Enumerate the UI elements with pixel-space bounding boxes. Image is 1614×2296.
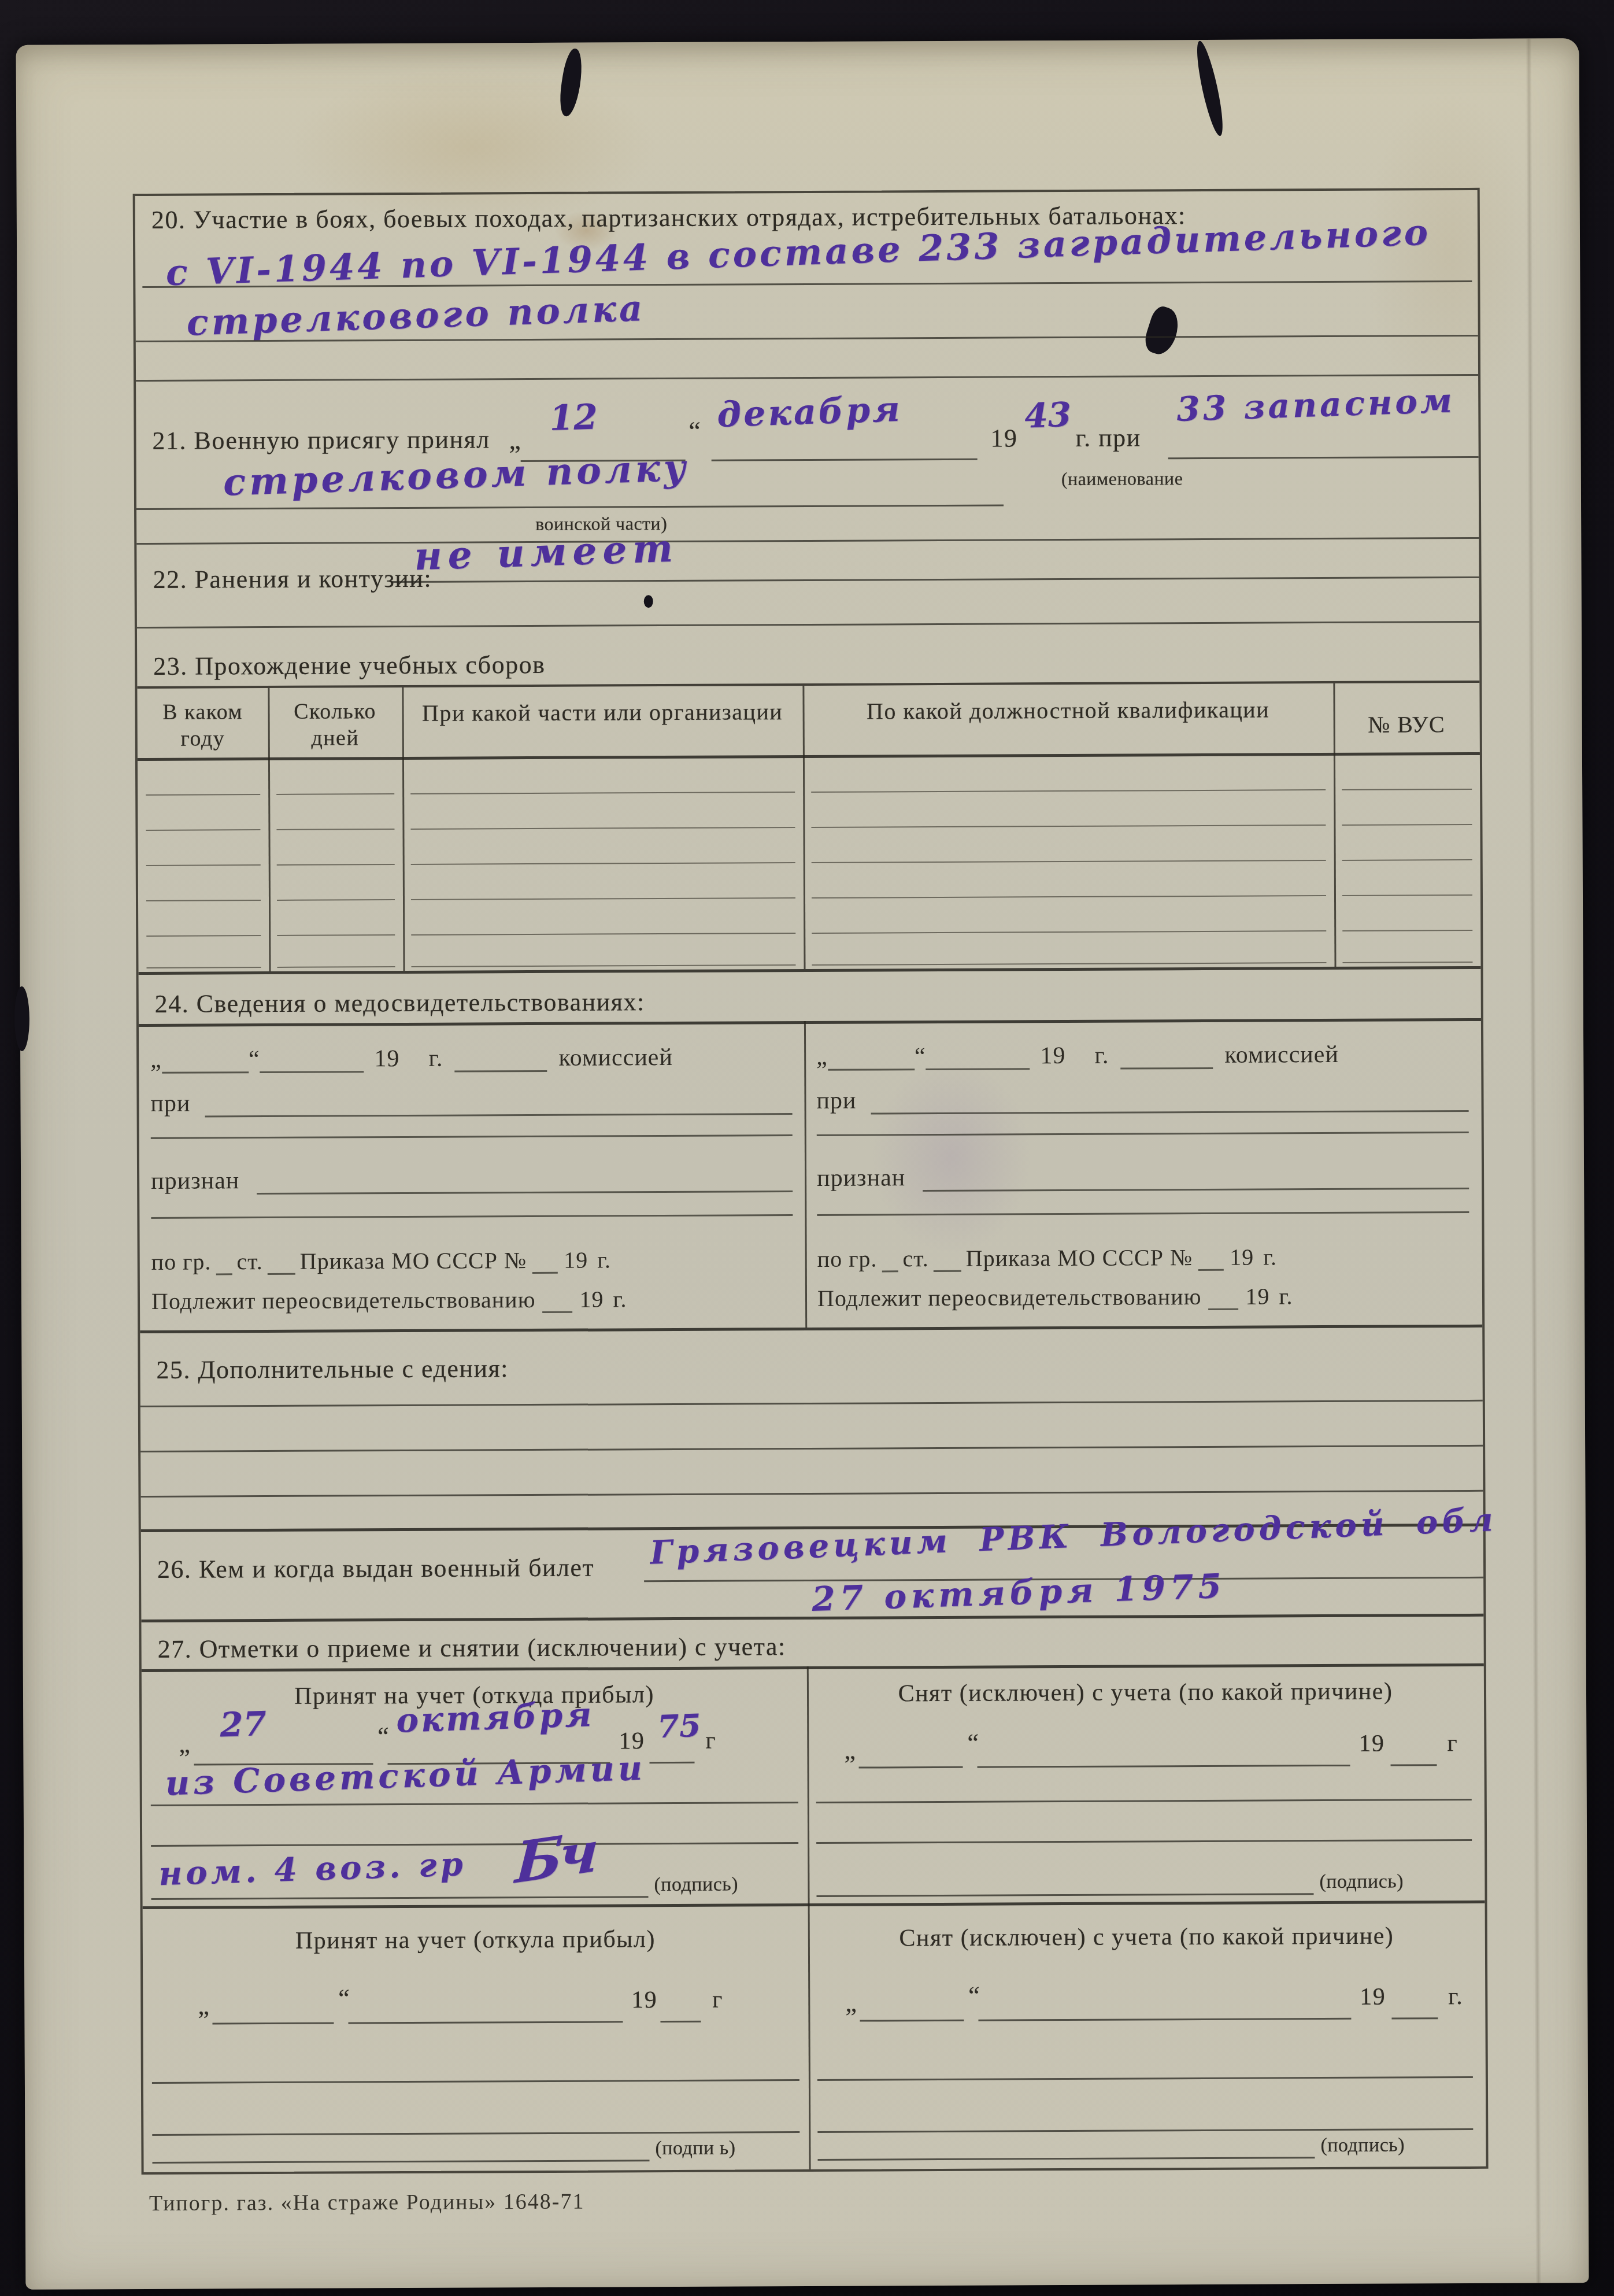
cell-line bbox=[146, 864, 261, 866]
open-quote: „ bbox=[198, 1991, 210, 2020]
cell-line bbox=[277, 899, 395, 901]
blank-line[interactable] bbox=[205, 1108, 793, 1117]
cell-line bbox=[1342, 859, 1472, 861]
year-printed: 19 bbox=[1040, 1042, 1065, 1070]
cell-line bbox=[812, 962, 1326, 966]
ruled-line bbox=[140, 1490, 1483, 1498]
grid-vertical-divider bbox=[807, 1666, 811, 2169]
field-22-handwriting: не имеет bbox=[413, 526, 679, 579]
cell-line bbox=[1342, 962, 1472, 963]
year-suffix: г. bbox=[1263, 1243, 1277, 1270]
by-group-label: по гр. bbox=[151, 1248, 212, 1275]
cell-line bbox=[1342, 894, 1472, 896]
blank-line bbox=[712, 459, 978, 461]
close-quote: “ bbox=[915, 1042, 926, 1070]
blank-line[interactable] bbox=[934, 1266, 961, 1272]
article-label: ст. bbox=[902, 1245, 928, 1272]
accepted-year: 75 bbox=[657, 1707, 701, 1745]
close-quote: “ bbox=[688, 416, 701, 446]
blank-line bbox=[860, 2020, 964, 2022]
blank-line[interactable] bbox=[543, 1307, 573, 1313]
accepted-signature: Бч bbox=[513, 1818, 597, 1896]
field-21-unit: 33 запасном bbox=[1176, 380, 1456, 429]
at-label: при bbox=[816, 1087, 856, 1115]
blank-line[interactable] bbox=[216, 1269, 232, 1275]
scan-background: 20. Участие в боях, боевых походах, парт… bbox=[0, 0, 1614, 2296]
accepted-note: ном. 4 воз. гр bbox=[158, 1845, 467, 1893]
close-quote: “ bbox=[967, 1728, 979, 1758]
table-header-vus: № ВУС bbox=[1337, 711, 1476, 738]
year-suffix: г bbox=[712, 1986, 723, 2014]
med-exam-left: „ “ 19 г. комиссией при bbox=[150, 1043, 793, 1330]
year-printed: 19 bbox=[564, 1247, 588, 1274]
cell-line bbox=[812, 930, 1326, 934]
table-column-line bbox=[1333, 683, 1336, 967]
open-quote: „ bbox=[844, 1736, 856, 1765]
med-column-divider bbox=[804, 1021, 807, 1328]
document-page: 20. Участие в боях, боевых походах, парт… bbox=[16, 38, 1589, 2290]
table-header-year: В каком году bbox=[140, 698, 264, 752]
tear-hole-top-center bbox=[557, 47, 586, 117]
reexam-label: Подлежит переосвидетельствованию bbox=[151, 1286, 536, 1315]
blank-line[interactable] bbox=[817, 1127, 1469, 1136]
field-27-label: 27. Отметки о приеме и снятии (исключени… bbox=[158, 1632, 786, 1664]
field-21-label: 21. Военную присягу принял bbox=[152, 424, 490, 456]
blank-line[interactable] bbox=[268, 1269, 295, 1275]
accepted-day: 27 bbox=[219, 1704, 267, 1745]
table-header-qualification: По какой должностной квалификации bbox=[820, 695, 1316, 726]
accepted-month: октября bbox=[395, 1695, 594, 1740]
ruled-line bbox=[140, 1400, 1483, 1407]
cell-line bbox=[276, 793, 394, 795]
open-quote: „ bbox=[179, 1729, 191, 1759]
blank-line bbox=[1168, 456, 1479, 459]
signature-caption: (подпи ь) bbox=[655, 2138, 735, 2160]
blank-line[interactable] bbox=[817, 1207, 1469, 1216]
ruled-line bbox=[137, 621, 1479, 628]
blank-line bbox=[816, 1839, 1472, 1844]
signature-caption: (подпись) bbox=[654, 1873, 738, 1896]
cell-line bbox=[1342, 824, 1472, 826]
table-column-line bbox=[268, 688, 271, 971]
blank-line bbox=[978, 1765, 1350, 1768]
cell-line bbox=[410, 792, 795, 794]
training-table: В каком году Сколько дней Сколько дней П… bbox=[137, 681, 1480, 975]
caption-naimenovanie: (наименование bbox=[1061, 468, 1183, 490]
blank-line bbox=[1391, 2017, 1438, 2019]
by-group-label: по гр. bbox=[817, 1245, 878, 1272]
year-printed: 19 bbox=[1230, 1244, 1254, 1271]
accepted-from: из Советской Армии bbox=[165, 1748, 646, 1803]
blank-line bbox=[152, 2079, 799, 2084]
table-column-line bbox=[802, 686, 805, 969]
cell-line bbox=[277, 864, 395, 866]
blank-line[interactable] bbox=[828, 1064, 915, 1071]
field-26-handwriting-2: 27 октября 1975 bbox=[811, 1566, 1226, 1619]
cell-line bbox=[277, 966, 395, 968]
field-21-month: декабря bbox=[716, 389, 903, 435]
open-quote: „ bbox=[816, 1043, 828, 1071]
field-20-handwriting-2: стрелкового полка bbox=[186, 287, 646, 344]
blank-line[interactable] bbox=[1198, 1265, 1224, 1271]
cell-line bbox=[146, 900, 261, 901]
blank-line bbox=[391, 576, 1479, 583]
blank-line bbox=[650, 1762, 695, 1763]
blank-line bbox=[816, 1799, 1472, 1803]
blank-line[interactable] bbox=[257, 1186, 793, 1195]
year-suffix: г bbox=[705, 1727, 716, 1755]
year-printed: 19 bbox=[1245, 1282, 1269, 1310]
signature-line bbox=[153, 2160, 650, 2164]
table-header-unit: При какой части или организации bbox=[419, 697, 785, 728]
signature-caption: (подпись) bbox=[1319, 1870, 1404, 1893]
cell-line bbox=[811, 789, 1326, 793]
blank-line[interactable] bbox=[162, 1067, 249, 1074]
grid-top bbox=[142, 1663, 1484, 1672]
cell-line bbox=[812, 895, 1326, 899]
close-quote: “ bbox=[249, 1045, 260, 1073]
article-label: ст. bbox=[236, 1248, 262, 1275]
blank-line bbox=[136, 504, 1004, 510]
signature-line bbox=[818, 2157, 1315, 2161]
cell-line bbox=[812, 860, 1326, 863]
commission-label: комиссией bbox=[558, 1044, 673, 1072]
crease-right bbox=[1526, 38, 1542, 2283]
signature-line bbox=[817, 1893, 1314, 1897]
blank-line[interactable] bbox=[871, 1106, 1469, 1115]
blank-line bbox=[212, 2023, 334, 2025]
field-21-year: 43 bbox=[1024, 395, 1072, 436]
cell-line bbox=[277, 934, 395, 936]
blank-line[interactable] bbox=[260, 1066, 364, 1073]
cell-line bbox=[147, 967, 261, 968]
field-21-after-year: г. при bbox=[1075, 423, 1141, 452]
commission-label: комиссией bbox=[1224, 1041, 1339, 1069]
cell-line bbox=[146, 829, 260, 831]
table-header-days: Сколько дней bbox=[271, 698, 398, 752]
signature-line bbox=[151, 1896, 649, 1900]
year-printed: 19 bbox=[1358, 1730, 1385, 1758]
year-printed: 19 bbox=[631, 1986, 657, 2014]
blank-line bbox=[978, 2018, 1351, 2021]
open-quote: „ bbox=[509, 424, 521, 455]
recognized-label: признан bbox=[151, 1167, 239, 1195]
blank-line[interactable] bbox=[151, 1130, 793, 1139]
section-divider bbox=[139, 1018, 1481, 1027]
blank-line[interactable] bbox=[532, 1267, 558, 1274]
blank-line bbox=[817, 2076, 1473, 2081]
field-26-handwriting-1: Грязовецким РВК Вологодской обл bbox=[649, 1500, 1498, 1572]
ruled-line bbox=[136, 537, 1479, 545]
cell-line bbox=[411, 933, 795, 936]
year-suffix: г. bbox=[428, 1045, 443, 1073]
cell-line bbox=[1342, 930, 1472, 931]
year-printed: 19 bbox=[579, 1286, 604, 1313]
blank-line[interactable] bbox=[882, 1266, 898, 1272]
year-suffix: г bbox=[1447, 1729, 1458, 1757]
year-suffix: г. bbox=[597, 1246, 611, 1273]
year-suffix: г. bbox=[1448, 1983, 1463, 2010]
field-25-label: 25. Дополнительные с едения: bbox=[156, 1354, 509, 1385]
blank-line[interactable] bbox=[151, 1210, 793, 1219]
table-column-line bbox=[402, 687, 405, 971]
cell-line bbox=[410, 827, 795, 830]
open-quote: „ bbox=[150, 1046, 162, 1074]
grid-horizontal-divider bbox=[143, 1901, 1485, 1909]
cell-line bbox=[1342, 789, 1472, 790]
cell-line bbox=[411, 897, 795, 900]
blank-line[interactable] bbox=[455, 1066, 547, 1073]
cell-line bbox=[412, 964, 796, 967]
blank-line[interactable] bbox=[1209, 1304, 1239, 1310]
table-header-divider bbox=[138, 752, 1480, 761]
ruled-line bbox=[140, 1445, 1483, 1452]
field-22-label: 22. Ранения и контузии: bbox=[153, 564, 432, 594]
blank-line bbox=[660, 2021, 701, 2023]
field-23-label: 23. Прохождение учебных сборов bbox=[153, 650, 545, 681]
blank-line bbox=[151, 1802, 798, 1806]
ruled-line bbox=[136, 374, 1478, 382]
year-suffix: г. bbox=[1279, 1282, 1293, 1310]
year-suffix: г. bbox=[613, 1285, 627, 1312]
med-exam-right: „ “ 19 г. комиссией при bbox=[816, 1040, 1469, 1328]
blank-line bbox=[152, 2131, 799, 2136]
blank-line[interactable] bbox=[1121, 1063, 1213, 1070]
tear-top-right bbox=[1192, 39, 1227, 138]
cell-line bbox=[811, 825, 1326, 828]
removed-title-2: Снят (исключен) с учета (по какой причин… bbox=[808, 1922, 1485, 1953]
cell-line bbox=[146, 794, 260, 796]
year-suffix: г. bbox=[1094, 1042, 1109, 1070]
signature-caption: (подпись) bbox=[1320, 2134, 1405, 2157]
field-26-label: 26. Кем и когда выдан военный билет bbox=[157, 1553, 594, 1584]
open-quote: „ bbox=[845, 1988, 857, 2018]
year-printed: 19 bbox=[374, 1045, 399, 1073]
cell-line bbox=[146, 935, 261, 937]
order-label: Приказа МО СССР № bbox=[300, 1247, 527, 1275]
cell-line bbox=[276, 829, 394, 830]
blank-line bbox=[817, 2128, 1473, 2133]
close-quote: “ bbox=[968, 1981, 980, 2010]
military-form: 20. Участие в боях, боевых походах, парт… bbox=[133, 188, 1489, 2175]
recognized-label: признан bbox=[817, 1164, 905, 1192]
at-label: при bbox=[150, 1090, 190, 1118]
close-quote: “ bbox=[377, 1721, 390, 1751]
field-21-year-printed: 19 bbox=[990, 423, 1017, 453]
blank-line[interactable] bbox=[923, 1183, 1469, 1192]
cell-line bbox=[411, 862, 795, 865]
blank-line bbox=[151, 1842, 798, 1847]
blank-line bbox=[1391, 1764, 1437, 1766]
field-24-label: 24. Сведения о медосвидетельствованиях: bbox=[155, 987, 645, 1019]
order-label: Приказа МО СССР № bbox=[966, 1244, 1193, 1272]
blank-line bbox=[859, 1766, 963, 1769]
reexam-label: Подлежит переосвидетельствованию bbox=[817, 1283, 1202, 1312]
print-shop-imprint: Типогр. газ. «На страже Родины» 1648-71 bbox=[149, 2189, 585, 2216]
accepted-title-2: Принят на учет (откула прибыл) bbox=[143, 1925, 808, 1955]
blank-line bbox=[348, 2021, 623, 2024]
year-printed: 19 bbox=[1360, 1983, 1386, 2011]
field-21-day: 12 bbox=[549, 397, 598, 439]
removed-title: Снят (исключен) с учета (по какой причин… bbox=[807, 1677, 1484, 1708]
close-quote: “ bbox=[338, 1983, 350, 2013]
blank-line[interactable] bbox=[926, 1063, 1030, 1070]
edge-notch-left bbox=[14, 986, 29, 1051]
